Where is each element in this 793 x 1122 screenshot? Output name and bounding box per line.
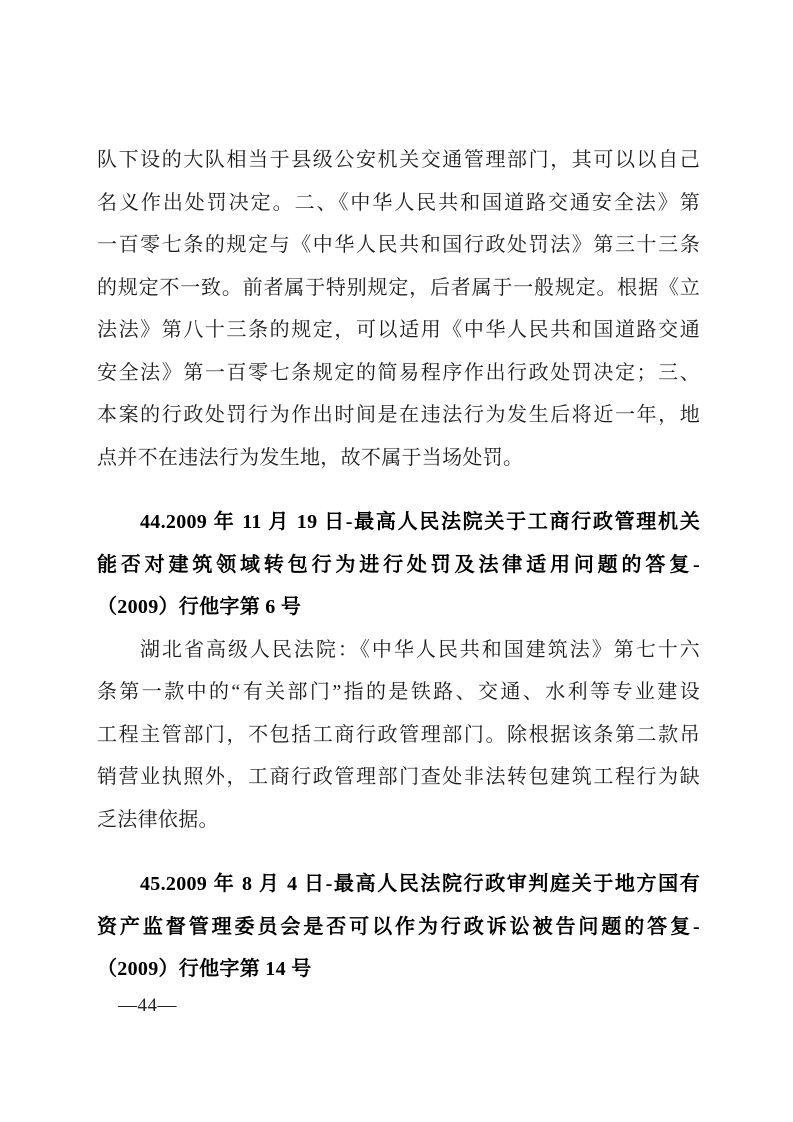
body-line: 销营业执照外，工商行政管理部门查处非法转包建筑工程行为缺 bbox=[97, 756, 700, 799]
heading-line: 45.2009 年 8 月 4 日-最高人民法院行政审判庭关于地方国有 bbox=[97, 863, 700, 906]
heading-line: 能否对建筑领域转包行为进行处罚及法律适用问题的答复- bbox=[97, 544, 700, 587]
paragraph-reply-44: 湖北省高级人民法院：《中华人民共和国建筑法》第七十六 条第一款中的“有关部门”指… bbox=[97, 629, 700, 842]
section-heading-44: 44.2009 年 11 月 19 日-最高人民法院关于工商行政管理机关 能否对… bbox=[97, 501, 700, 629]
body-line: 安全法》第一百零七条规定的简易程序作出行政处罚决定；三、 bbox=[97, 352, 700, 395]
body-line: 的规定不一致。前者属于特别规定，后者属于一般规定。根据《立 bbox=[97, 267, 700, 310]
paragraph-continuation: 队下设的大队相当于县级公安机关交通管理部门，其可以以自己 名义作出处罚决定。二、… bbox=[97, 139, 700, 479]
heading-line: （2009）行他字第 6 号 bbox=[97, 586, 700, 629]
body-line: 工程主管部门，不包括工商行政管理部门。除根据该条第二款吊 bbox=[97, 714, 700, 757]
body-line: 乏法律依据。 bbox=[97, 799, 700, 842]
document-page: 队下设的大队相当于县级公安机关交通管理部门，其可以以自己 名义作出处罚决定。二、… bbox=[0, 0, 793, 1122]
section-heading-45: 45.2009 年 8 月 4 日-最高人民法院行政审判庭关于地方国有 资产监督… bbox=[97, 863, 700, 991]
body-line: 点并不在违法行为发生地，故不属于当场处罚。 bbox=[97, 437, 700, 480]
body-line: 法法》第八十三条的规定，可以适用《中华人民共和国道路交通 bbox=[97, 309, 700, 352]
heading-line: 44.2009 年 11 月 19 日-最高人民法院关于工商行政管理机关 bbox=[97, 501, 700, 544]
body-line: 湖北省高级人民法院：《中华人民共和国建筑法》第七十六 bbox=[97, 629, 700, 672]
page-number: —44— bbox=[118, 995, 177, 1017]
body-line: 本案的行政处罚行为作出时间是在违法行为发生后将近一年，地 bbox=[97, 394, 700, 437]
body-line: 条第一款中的“有关部门”指的是铁路、交通、水利等专业建设 bbox=[97, 671, 700, 714]
heading-line: 资产监督管理委员会是否可以作为行政诉讼被告问题的答复- bbox=[97, 906, 700, 949]
heading-line: （2009）行他字第 14 号 bbox=[97, 948, 700, 991]
body-line: 名义作出处罚决定。二、《中华人民共和国道路交通安全法》第 bbox=[97, 182, 700, 225]
body-line: 一百零七条的规定与《中华人民共和国行政处罚法》第三十三条 bbox=[97, 224, 700, 267]
body-line: 队下设的大队相当于县级公安机关交通管理部门，其可以以自己 bbox=[97, 139, 700, 182]
page-content: 队下设的大队相当于县级公安机关交通管理部门，其可以以自己 名义作出处罚决定。二、… bbox=[97, 139, 700, 991]
